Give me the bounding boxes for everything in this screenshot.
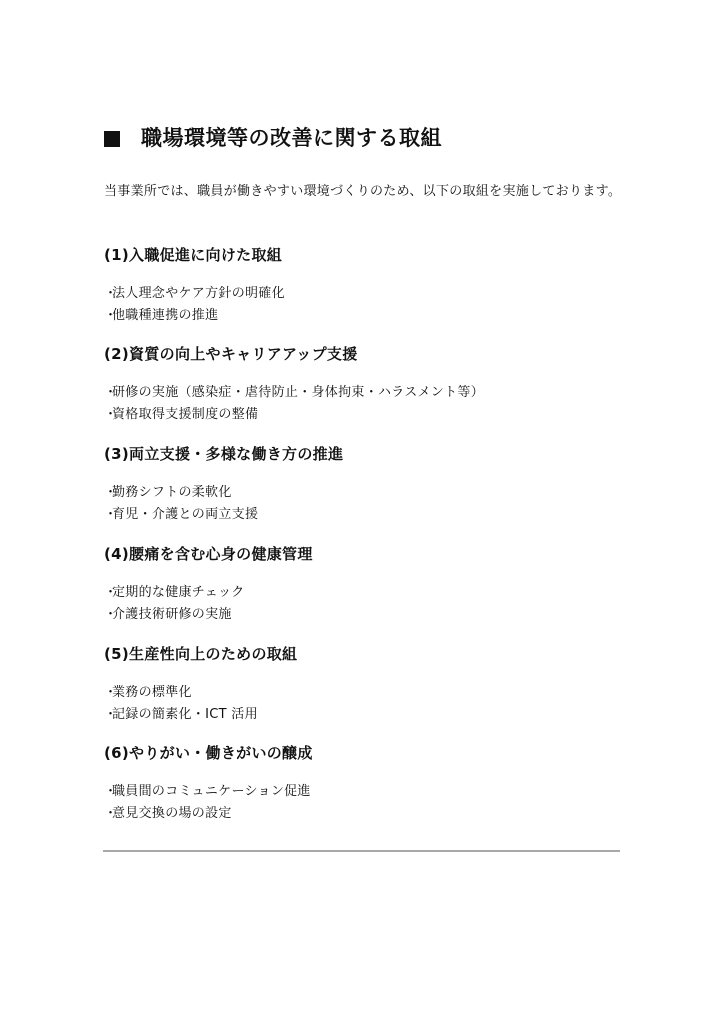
- section-list: ・勤務シフトの柔軟化 ・育児・介護との両立支援: [104, 482, 624, 526]
- list-item: ・意見交換の場の設定: [104, 803, 624, 825]
- list-item: ・介護技術研修の実施: [104, 604, 624, 626]
- list-item: ・定期的な健康チェック: [104, 582, 624, 604]
- list-item: ・法人理念やケア方針の明確化: [104, 283, 624, 305]
- section-heading: (1)入職促進に向けた取組: [104, 245, 624, 265]
- list-item: ・記録の簡素化・ICT 活用: [104, 704, 624, 726]
- section-heading: (6)やりがい・働きがいの醸成: [104, 743, 624, 763]
- bullet: ・: [104, 283, 112, 305]
- section-3: (3)両立支援・多様な働き方の推進 ・勤務シフトの柔軟化 ・育児・介護との両立支…: [104, 444, 624, 526]
- bullet: ・: [104, 305, 112, 327]
- bullet: ・: [104, 803, 112, 825]
- bullet: ・: [104, 704, 112, 726]
- bullet: ・: [104, 604, 112, 626]
- bullet: ・: [104, 682, 112, 704]
- list-item: ・勤務シフトの柔軟化: [104, 482, 624, 504]
- section-heading: (2)資質の向上やキャリアアップ支援: [104, 344, 624, 364]
- bullet: ・: [104, 781, 112, 803]
- page-title: 職場環境等の改善に関する取組: [104, 128, 442, 149]
- intro-paragraph: 当事業所では、職員が働きやすい環境づくりのため、以下の取組を実施しております。: [104, 181, 624, 203]
- section-5: (5)生産性向上のための取組 ・業務の標準化 ・記録の簡素化・ICT 活用: [104, 644, 624, 726]
- section-list: ・研修の実施（感染症・虐待防止・身体拘束・ハラスメント等） ・資格取得支援制度の…: [104, 382, 624, 426]
- bullet: ・: [104, 582, 112, 604]
- list-item: ・業務の標準化: [104, 682, 624, 704]
- section-6: (6)やりがい・働きがいの醸成 ・職員間のコミュニケーション促進 ・意見交換の場…: [104, 743, 624, 825]
- list-item: ・職員間のコミュニケーション促進: [104, 781, 624, 803]
- list-item: ・育児・介護との両立支援: [104, 504, 624, 526]
- bullet: ・: [104, 504, 112, 526]
- bullet: ・: [104, 404, 112, 426]
- section-list: ・定期的な健康チェック ・介護技術研修の実施: [104, 582, 624, 626]
- section-list: ・職員間のコミュニケーション促進 ・意見交換の場の設定: [104, 781, 624, 825]
- section-list: ・業務の標準化 ・記録の簡素化・ICT 活用: [104, 682, 624, 726]
- list-item: ・研修の実施（感染症・虐待防止・身体拘束・ハラスメント等）: [104, 382, 624, 404]
- document-page: 職場環境等の改善に関する取組 当事業所では、職員が働きやすい環境づくりのため、以…: [0, 0, 724, 1024]
- section-4: (4)腰痛を含む心身の健康管理 ・定期的な健康チェック ・介護技術研修の実施: [104, 544, 624, 626]
- bullet: ・: [104, 382, 112, 404]
- horizontal-divider: [103, 850, 620, 852]
- section-1: (1)入職促進に向けた取組 ・法人理念やケア方針の明確化 ・他職種連携の推進: [104, 245, 624, 327]
- black-square-icon: [104, 131, 120, 147]
- page-title-text: 職場環境等の改善に関する取組: [141, 128, 442, 149]
- section-heading: (5)生産性向上のための取組: [104, 644, 624, 664]
- section-heading: (4)腰痛を含む心身の健康管理: [104, 544, 624, 564]
- section-2: (2)資質の向上やキャリアアップ支援 ・研修の実施（感染症・虐待防止・身体拘束・…: [104, 344, 624, 426]
- list-item: ・他職種連携の推進: [104, 305, 624, 327]
- section-list: ・法人理念やケア方針の明確化 ・他職種連携の推進: [104, 283, 624, 327]
- section-heading: (3)両立支援・多様な働き方の推進: [104, 444, 624, 464]
- list-item: ・資格取得支援制度の整備: [104, 404, 624, 426]
- bullet: ・: [104, 482, 112, 504]
